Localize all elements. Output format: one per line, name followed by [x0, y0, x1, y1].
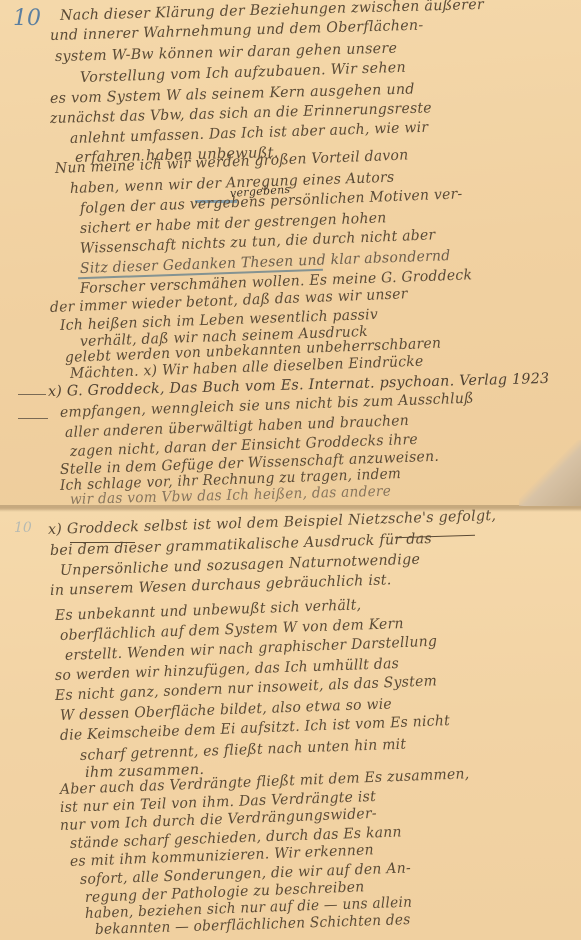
manuscript-page: 10 10 Nach dieser Klärung der Beziehunge… — [0, 0, 581, 940]
page-number: 10 — [13, 6, 41, 31]
curled-corner — [519, 440, 581, 506]
margin-dash — [18, 418, 48, 419]
footnote-margin-dash — [18, 394, 46, 395]
page-number-bottom-sheet: 10 — [14, 520, 32, 536]
